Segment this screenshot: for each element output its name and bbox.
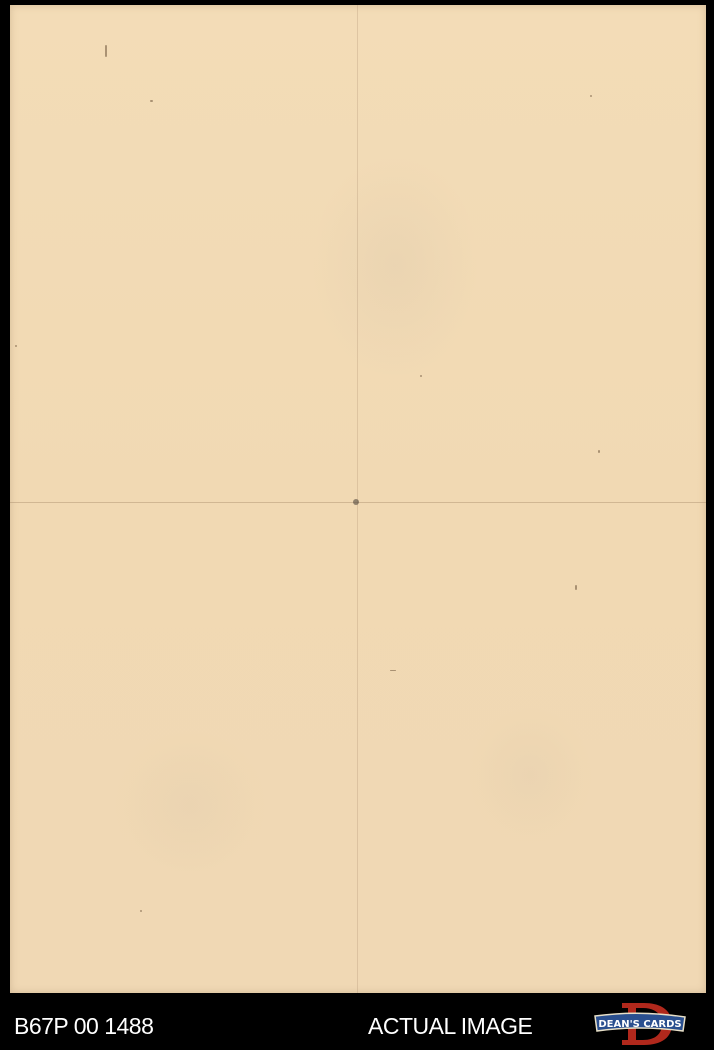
fold-intersection-mark <box>353 499 359 505</box>
card-back <box>10 5 706 993</box>
paper-speck <box>105 45 107 57</box>
actual-image-label: ACTUAL IMAGE <box>368 1013 532 1040</box>
paper-speck <box>150 100 153 102</box>
paper-speck <box>15 345 17 347</box>
paper-speck <box>390 670 396 671</box>
paper-speck <box>575 585 577 590</box>
footer-bar: B67P 00 1488 ACTUAL IMAGE DEAN'S CARDS <box>0 995 714 1050</box>
serial-number: B67P 00 1488 <box>14 1013 153 1040</box>
deans-cards-logo-icon: DEAN'S CARDS <box>592 1001 688 1047</box>
paper-speck <box>590 95 592 97</box>
svg-text:DEAN'S CARDS: DEAN'S CARDS <box>598 1019 681 1030</box>
paper-speck <box>420 375 422 377</box>
paper-speck <box>598 450 600 453</box>
paper-speck <box>140 910 142 912</box>
